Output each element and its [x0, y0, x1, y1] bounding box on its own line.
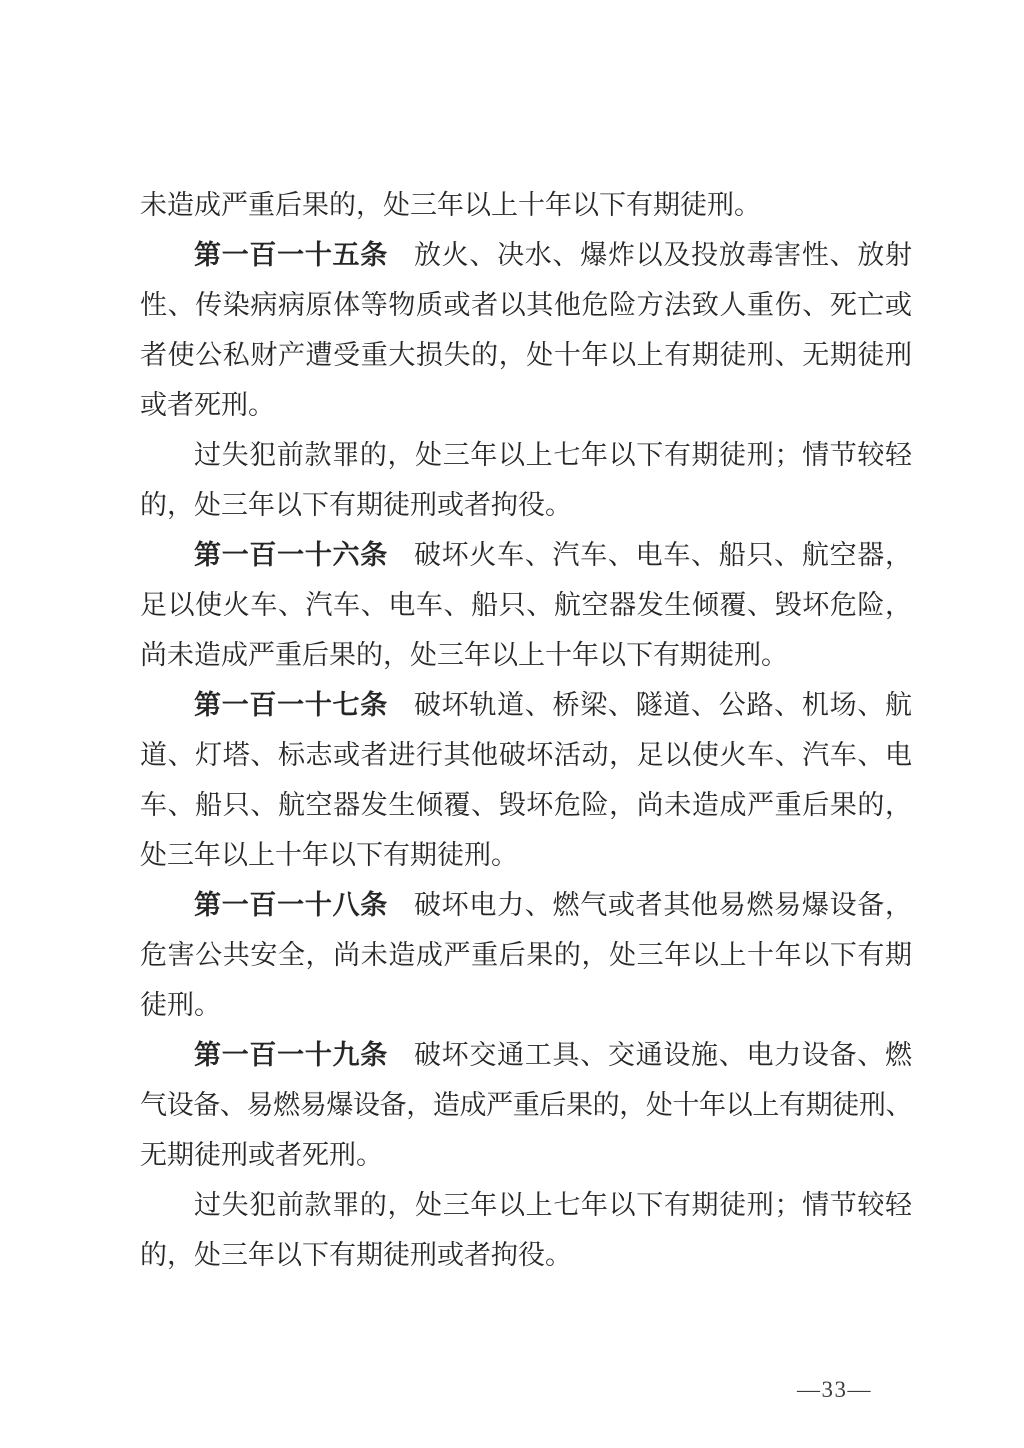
line-text: 性、传染病病原体等物质或者以其他危险方法致人重伤、死亡或: [140, 290, 912, 320]
document-page: 未造成严重后果的，处三年以上十年以下有期徒刑。 第一百一十五条放火、决水、爆炸以…: [0, 0, 1024, 1448]
line-text: 破坏轨道、桥梁、隧道、公路、机场、航: [414, 690, 912, 720]
text-line: 尚未造成严重后果的，处三年以上十年以下有期徒刑。: [140, 630, 912, 680]
text-line: 处三年以上十年以下有期徒刑。: [140, 830, 912, 880]
line-text: 道、灯塔、标志或者进行其他破坏活动，足以使火车、汽车、电: [140, 740, 912, 770]
line-text: 足以使火车、汽车、电车、船只、航空器发生倾覆、毁坏危险，: [140, 590, 912, 620]
text-line: 第一百一十八条破坏电力、燃气或者其他易燃易爆设备，: [140, 880, 912, 930]
line-text: 破坏火车、汽车、电车、船只、航空器，: [414, 540, 912, 570]
article-number: 第一百一十九条: [194, 1040, 388, 1070]
document-body: 未造成严重后果的，处三年以上十年以下有期徒刑。 第一百一十五条放火、决水、爆炸以…: [140, 180, 912, 1280]
text-line: 性、传染病病原体等物质或者以其他危险方法致人重伤、死亡或: [140, 280, 912, 330]
line-text: 车、船只、航空器发生倾覆、毁坏危险，尚未造成严重后果的，: [140, 790, 912, 820]
article-number: 第一百一十七条: [194, 690, 388, 720]
text-line: 的，处三年以下有期徒刑或者拘役。: [140, 480, 912, 530]
text-line: 危害公共安全，尚未造成严重后果的，处三年以上十年以下有期: [140, 930, 912, 980]
text-line: 或者死刑。: [140, 380, 912, 430]
line-text: 过失犯前款罪的，处三年以上七年以下有期徒刑；情节较轻: [194, 440, 912, 470]
text-line: 过失犯前款罪的，处三年以上七年以下有期徒刑；情节较轻: [140, 1180, 912, 1230]
line-text: 的，处三年以下有期徒刑或者拘役。: [140, 1240, 572, 1270]
text-line: 道、灯塔、标志或者进行其他破坏活动，足以使火车、汽车、电: [140, 730, 912, 780]
line-text: 处三年以上十年以下有期徒刑。: [140, 840, 518, 870]
text-line: 气设备、易燃易爆设备，造成严重后果的，处十年以上有期徒刑、: [140, 1080, 912, 1130]
text-line: 第一百一十七条破坏轨道、桥梁、隧道、公路、机场、航: [140, 680, 912, 730]
text-line: 车、船只、航空器发生倾覆、毁坏危险，尚未造成严重后果的，: [140, 780, 912, 830]
line-text: 气设备、易燃易爆设备，造成严重后果的，处十年以上有期徒刑、: [140, 1090, 912, 1120]
line-text: 破坏电力、燃气或者其他易燃易爆设备，: [414, 890, 912, 920]
line-text: 或者死刑。: [140, 390, 275, 420]
line-text: 无期徒刑或者死刑。: [140, 1140, 383, 1170]
text-line: 的，处三年以下有期徒刑或者拘役。: [140, 1230, 912, 1280]
line-text: 者使公私财产遭受重大损失的，处十年以上有期徒刑、无期徒刑: [140, 340, 912, 370]
line-text: 徒刑。: [140, 990, 221, 1020]
text-line: 徒刑。: [140, 980, 912, 1030]
text-line: 第一百一十五条放火、决水、爆炸以及投放毒害性、放射: [140, 230, 912, 280]
line-text: 放火、决水、爆炸以及投放毒害性、放射: [414, 240, 912, 270]
text-line: 者使公私财产遭受重大损失的，处十年以上有期徒刑、无期徒刑: [140, 330, 912, 380]
article-number: 第一百一十五条: [194, 240, 388, 270]
text-line: 足以使火车、汽车、电车、船只、航空器发生倾覆、毁坏危险，: [140, 580, 912, 630]
line-text: 尚未造成严重后果的，处三年以上十年以下有期徒刑。: [140, 640, 788, 670]
text-line: 无期徒刑或者死刑。: [140, 1130, 912, 1180]
line-text: 的，处三年以下有期徒刑或者拘役。: [140, 490, 572, 520]
text-line: 第一百一十九条破坏交通工具、交通设施、电力设备、燃: [140, 1030, 912, 1080]
article-number: 第一百一十八条: [194, 890, 388, 920]
article-number: 第一百一十六条: [194, 540, 388, 570]
line-text: 未造成严重后果的，处三年以上十年以下有期徒刑。: [140, 190, 761, 220]
text-line: 未造成严重后果的，处三年以上十年以下有期徒刑。: [140, 180, 912, 230]
text-line: 第一百一十六条破坏火车、汽车、电车、船只、航空器，: [140, 530, 912, 580]
line-text: 危害公共安全，尚未造成严重后果的，处三年以上十年以下有期: [140, 940, 912, 970]
text-line: 过失犯前款罪的，处三年以上七年以下有期徒刑；情节较轻: [140, 430, 912, 480]
line-text: 过失犯前款罪的，处三年以上七年以下有期徒刑；情节较轻: [194, 1190, 912, 1220]
line-text: 破坏交通工具、交通设施、电力设备、燃: [414, 1040, 912, 1070]
page-number: —33—: [797, 1376, 872, 1404]
